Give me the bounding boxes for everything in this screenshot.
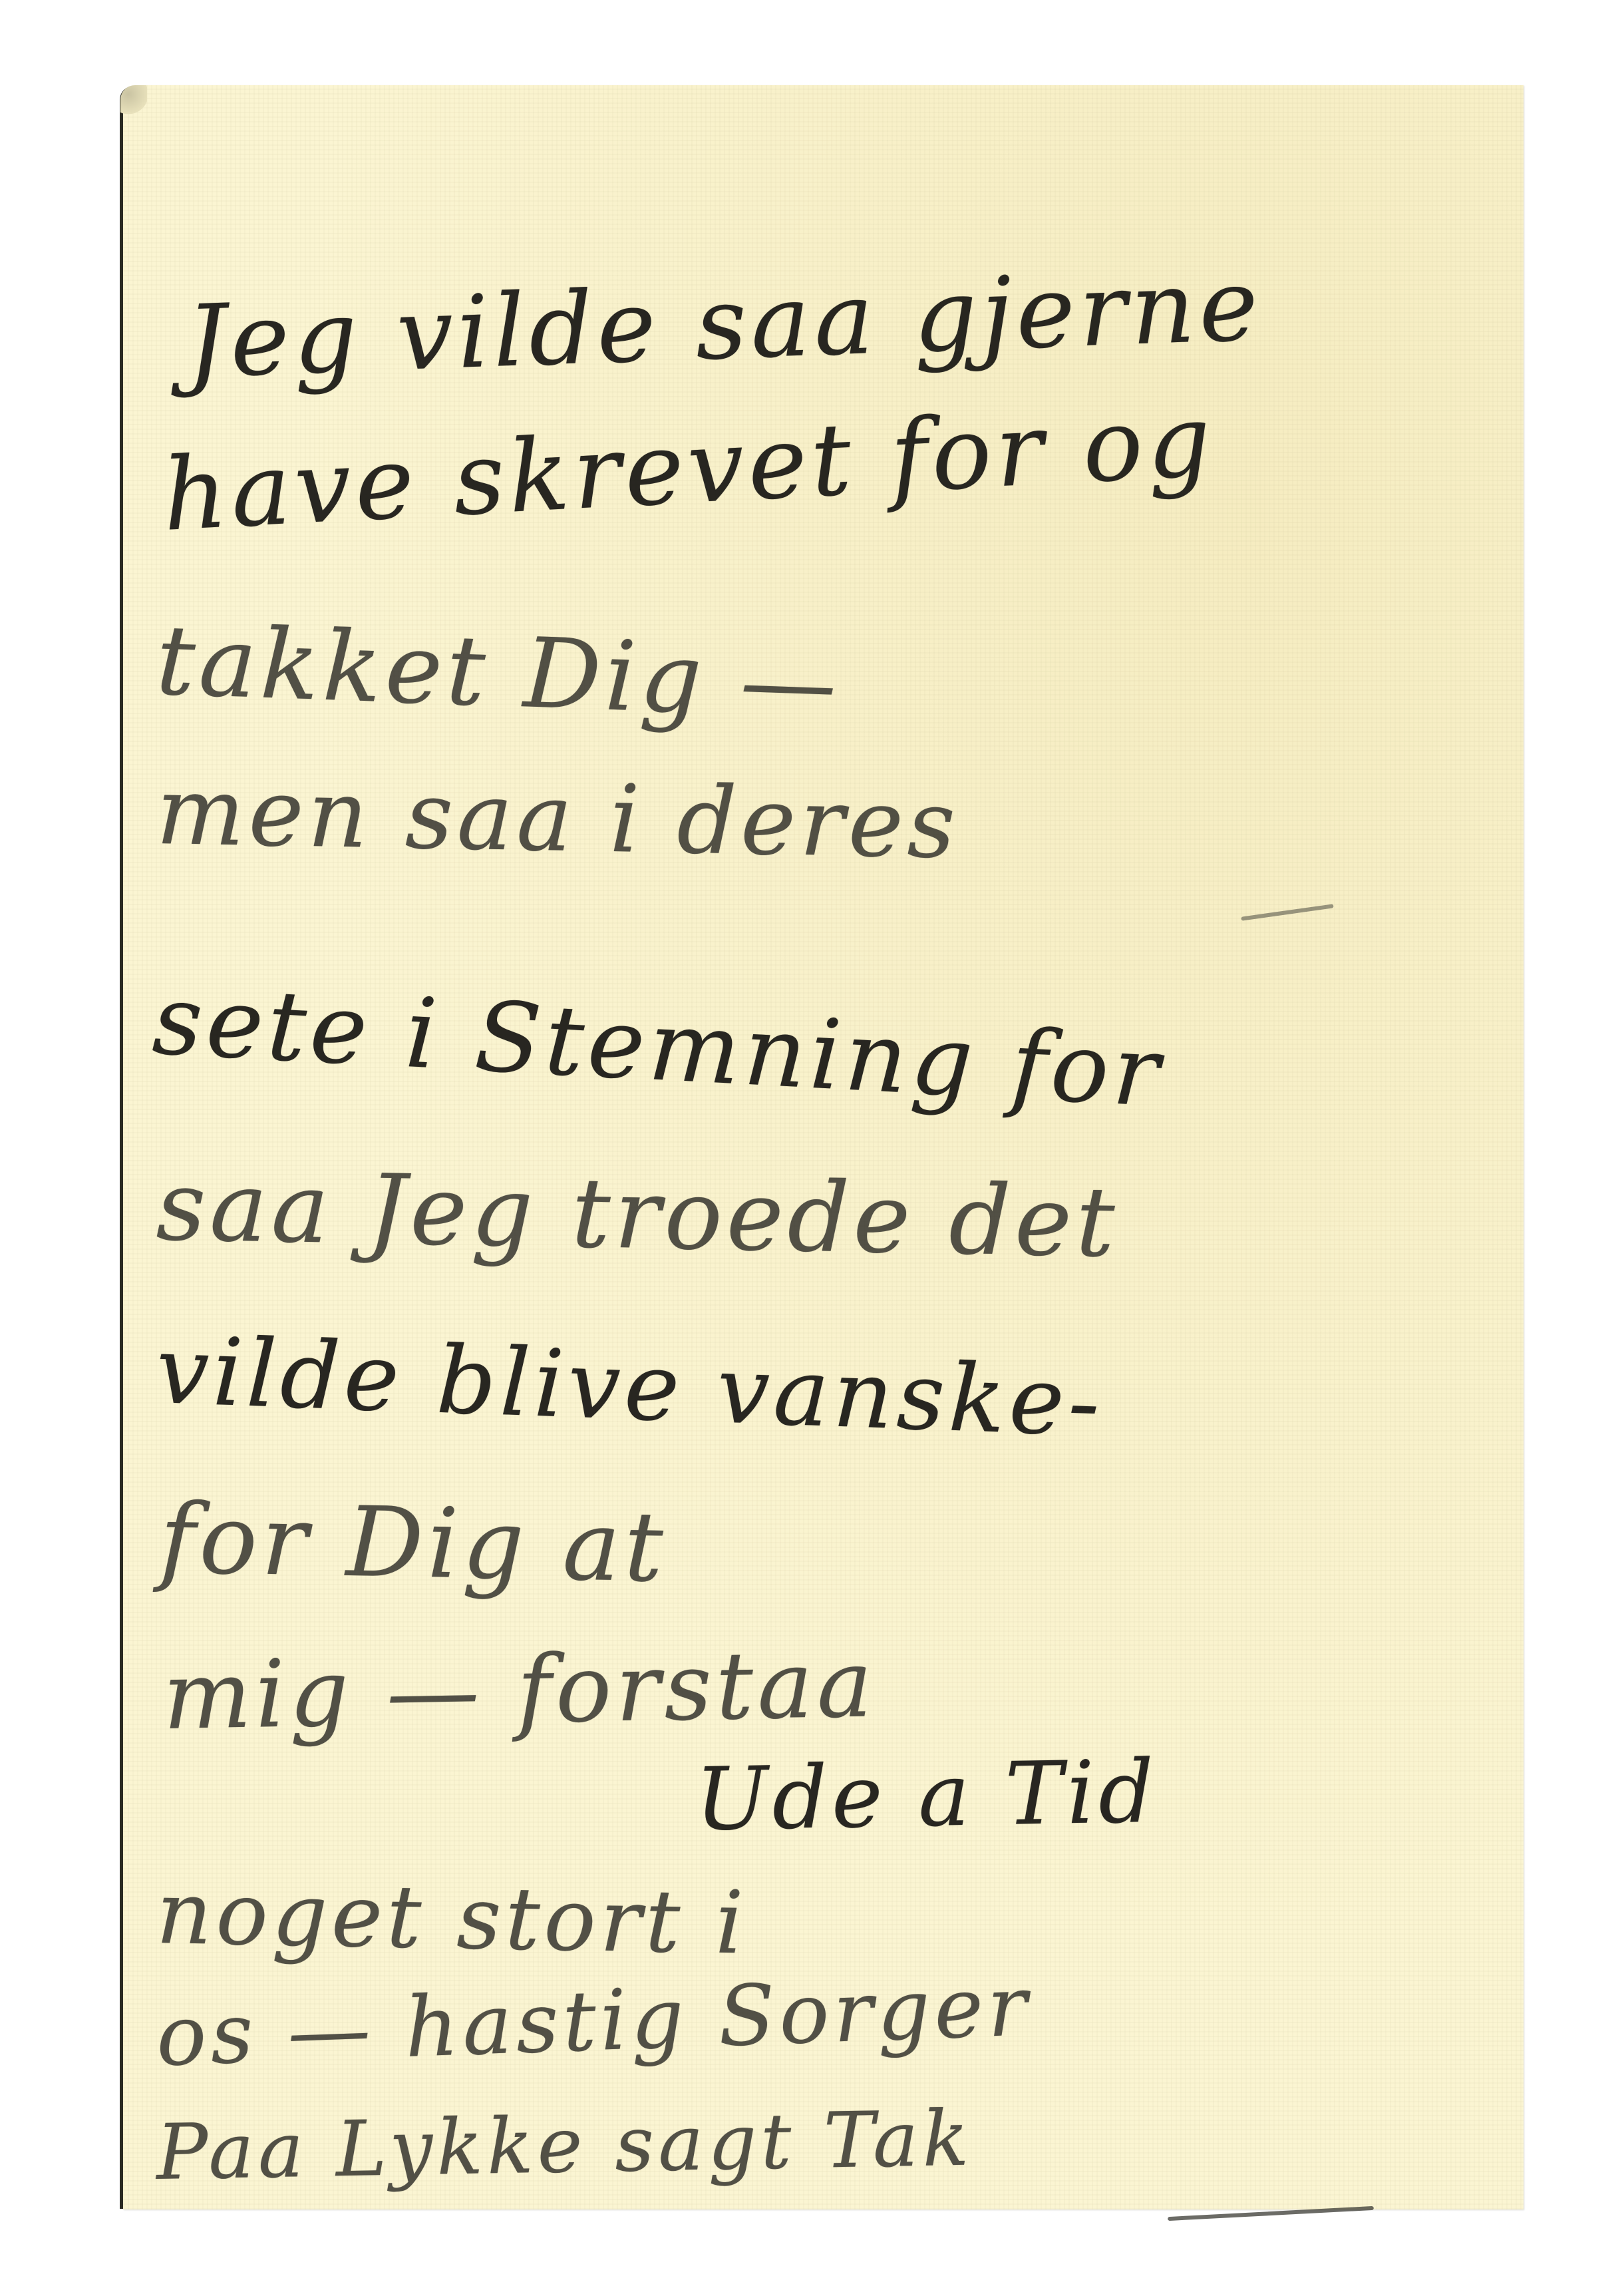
underline-stroke bbox=[1168, 2206, 1374, 2221]
dash-stroke bbox=[1241, 904, 1333, 920]
handwritten-line-8: for Dig at bbox=[159, 1483, 668, 1604]
handwritten-line-10: Ude a Tid bbox=[695, 1741, 1159, 1850]
handwritten-line-4: men saa i deres bbox=[156, 757, 961, 880]
handwritten-line-2: have skrevet for og bbox=[160, 383, 1218, 554]
handwritten-line-12: os — hastig Sorger bbox=[154, 1958, 1033, 2085]
handwritten-line-13: Paa Lykke sagt Tak bbox=[156, 2094, 973, 2197]
handwritten-line-1: Jeg vilde saa gjerne bbox=[184, 248, 1264, 401]
handwritten-line-11: noget stort i bbox=[156, 1862, 748, 1973]
handwritten-card: Jeg vilde saa gjerne have skrevet for og… bbox=[123, 85, 1524, 2209]
handwritten-line-9: mig — forstaa bbox=[162, 1630, 878, 1751]
handwritten-line-6: saa Jeg troede det bbox=[156, 1150, 1120, 1279]
handwritten-line-5: sete i Stemning for bbox=[150, 964, 1166, 1129]
handwritten-line-3: takket Dig — bbox=[154, 604, 842, 741]
handwritten-line-7: vilde blive vanske- bbox=[154, 1316, 1106, 1458]
